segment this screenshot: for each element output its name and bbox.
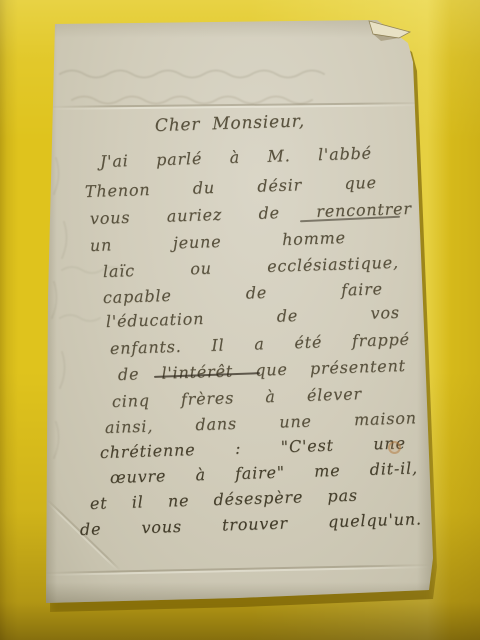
handwriting-line: Cher Monsieur, xyxy=(155,111,306,137)
handwriting-line: Thenon du désir que xyxy=(85,172,378,202)
handwriting-line: un jeune homme xyxy=(90,227,347,256)
letter-paper: Cher Monsieur, J'ai parlé à M. l'abbé Th… xyxy=(42,18,434,608)
handwriting-line: de l'intérêt que présentent xyxy=(118,355,407,385)
photographed-letter: Cher Monsieur, J'ai parlé à M. l'abbé Th… xyxy=(0,0,480,640)
foxing-stain xyxy=(388,441,401,454)
handwritten-text-block: Cher Monsieur, J'ai parlé à M. l'abbé Th… xyxy=(42,18,434,608)
handwriting-line: J'ai parlé à M. l'abbé xyxy=(100,142,373,172)
handwriting-line: laïc ou ecclésiastique, xyxy=(103,252,400,282)
handwriting-line: et il ne désespère pas xyxy=(90,485,359,514)
handwriting-line: vous auriez de rencontrer xyxy=(90,198,413,229)
handwriting-line: cinq frères à élever xyxy=(112,383,363,412)
handwriting-line: œuvre à faire" me dit-il, xyxy=(110,457,419,488)
handwriting-line: enfants. Il a été frappé xyxy=(110,329,411,359)
handwriting-line: de vous trouver quelqu'un. xyxy=(80,508,422,540)
